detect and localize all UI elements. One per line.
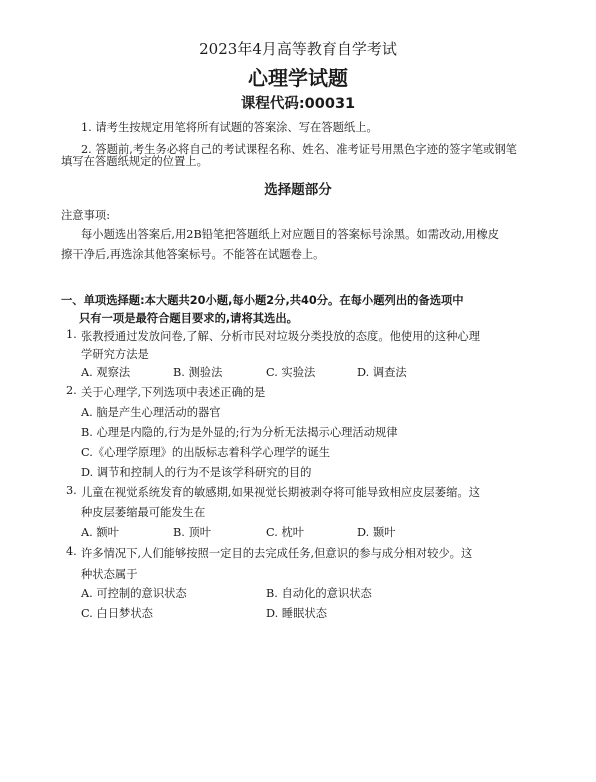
exam-title: 心理学试题 xyxy=(0,62,596,91)
question-stem: 关于心理学,下列选项中表述正确的是 xyxy=(81,384,265,400)
question-number: 4. xyxy=(66,545,77,558)
notice-label: 注意事项: xyxy=(61,207,110,223)
option-b: B. 顶叶 xyxy=(173,524,211,540)
option-c: C.《心理学原理》的出版标志着科学心理学的诞生 xyxy=(81,444,330,460)
option-d: D. 调查法 xyxy=(357,364,407,380)
course-code: 课程代码:00031 xyxy=(0,92,596,113)
question-number: 1. xyxy=(66,328,77,341)
option-a: A. 脑是产生心理活动的器官 xyxy=(81,404,221,420)
option-b: B. 测验法 xyxy=(173,364,222,380)
option-d: D. 调节和控制人的行为不是该学科研究的目的 xyxy=(81,464,311,480)
question-stem-cont: 学研究方法是 xyxy=(81,346,149,362)
option-a: A. 观察法 xyxy=(81,364,130,380)
notice-line-2: 擦干净后,再选涂其他答案标号。不能答在试题卷上。 xyxy=(61,246,324,262)
question-stem: 张教授通过发放问卷,了解、分析市民对垃圾分类投放的态度。他使用的这种心理 xyxy=(81,328,480,344)
part-one-heading-cont: 只有一项是最符合题目要求的,请将其选出。 xyxy=(79,310,298,326)
option-d: D. 颞叶 xyxy=(357,524,395,540)
instruction-2-cont: 填写在答题纸规定的位置上。 xyxy=(61,153,208,169)
option-d: D. 睡眠状态 xyxy=(266,605,327,621)
section-title: 选择题部分 xyxy=(0,178,596,198)
question-stem: 许多情况下,人们能够按照一定目的去完成任务,但意识的参与成分相对较少。这 xyxy=(81,545,472,561)
question-stem: 儿童在视觉系统发育的敏感期,如果视觉长期被剥夺将可能导致相应皮层萎缩。这 xyxy=(81,484,480,500)
option-b: B. 自动化的意识状态 xyxy=(266,585,372,601)
question-stem-cont: 种状态属于 xyxy=(81,566,138,582)
question-stem-cont: 种皮层萎缩最可能发生在 xyxy=(81,504,205,520)
question-number: 3. xyxy=(66,484,77,497)
option-c: C. 枕叶 xyxy=(266,524,304,540)
option-a: A. 可控制的意识状态 xyxy=(81,585,187,601)
part-one-heading: 一、单项选择题:本大题共20小题,每小题2分,共40分。在每小题列出的备选项中 xyxy=(61,292,464,308)
instruction-1: 1. 请考生按规定用笔将所有试题的答案涂、写在答题纸上。 xyxy=(81,119,378,135)
option-a: A. 额叶 xyxy=(81,524,119,540)
option-c: C. 白日梦状态 xyxy=(81,605,153,621)
exam-session-line: 2023年4月高等教育自学考试 xyxy=(0,38,596,59)
option-b: B. 心理是内隐的,行为是外显的;行为分析无法揭示心理活动规律 xyxy=(81,424,398,440)
notice-line-1: 每小题选出答案后,用2B铅笔把答题纸上对应题目的答案标号涂黑。如需改动,用橡皮 xyxy=(81,226,499,242)
option-c: C. 实验法 xyxy=(266,364,315,380)
question-number: 2. xyxy=(66,384,77,397)
